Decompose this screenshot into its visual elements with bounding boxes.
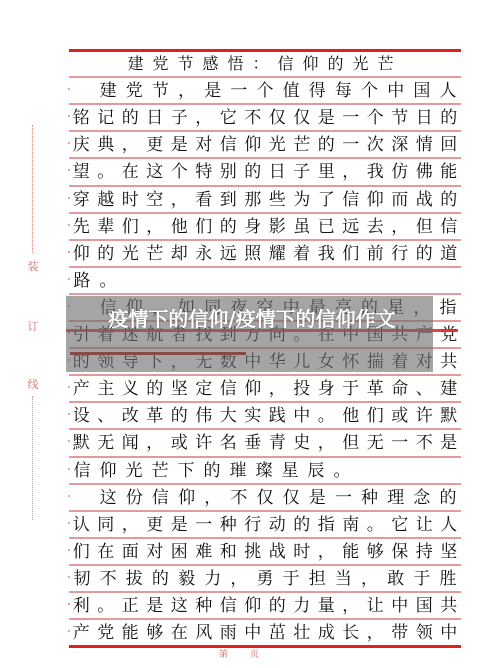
rule <box>69 185 461 187</box>
text-line: 们在面对困难和挑战时，能够保持坚 <box>69 540 461 564</box>
text-line: 庆典，更是对信仰光芒的一次深情回 <box>69 133 461 157</box>
text-line: 仰的光芒却永远照耀着我们前行的道 <box>69 242 461 266</box>
rule <box>69 239 461 241</box>
rule <box>69 293 461 295</box>
rule <box>69 212 461 214</box>
text-line: 望。在这个特别的日子里，我仿佛能 <box>69 160 461 184</box>
text-line: 先辈们，他们的身影虽已远去，但信 <box>69 215 461 239</box>
binding-dotted-line <box>32 396 33 520</box>
text-line: 利。正是这种信仰的力量，让中国共 <box>69 594 461 618</box>
overlay-title: 疫情下的信仰/疫情下的信仰作文 <box>72 304 432 334</box>
text-line: 信仰光芒下的璀璨星辰。 <box>69 459 461 483</box>
binding-margin: 装 订 线 <box>0 0 66 668</box>
rule <box>69 456 461 458</box>
rule <box>69 618 461 620</box>
text-line: 认同，更是一种行动的指南。它让人 <box>69 513 461 537</box>
rule <box>69 401 461 403</box>
rule <box>69 374 461 376</box>
binding-char-xian: 线 <box>26 376 40 392</box>
rule <box>69 483 461 485</box>
text-line: 路。 <box>69 269 461 293</box>
text-line: 设、改革的伟大实践中。他们或许默 <box>69 404 461 428</box>
rule <box>69 266 461 268</box>
rule <box>69 76 461 78</box>
text-line: 这份信仰，不仅仅是一种理念的 <box>69 486 461 510</box>
text-line: 铭记的日子，它不仅仅是一个节日的 <box>69 106 461 130</box>
text-line: 产主义的坚定信仰，投身于革命、建 <box>69 377 461 401</box>
rule <box>69 537 461 539</box>
text-line: 默无闻，或许名垂青史，但无一不是 <box>69 431 461 455</box>
page-footer: 第页 <box>0 647 500 660</box>
rule <box>69 157 461 159</box>
rule <box>69 564 461 566</box>
rule <box>69 428 461 430</box>
text-line: 穿越时空，看到那些为了信仰而战的 <box>69 188 461 212</box>
text-line: 产党能够在风雨中茁壮成长，带领中 <box>69 621 461 645</box>
text-line: 建党节，是一个值得每个中国人 <box>69 79 461 103</box>
rule <box>69 130 461 132</box>
document-title: 建党节感悟：信仰的光芒 <box>69 52 461 76</box>
binding-char-zhuang: 装 <box>26 258 40 274</box>
binding-dotted-line <box>32 125 33 253</box>
binding-char-ding: 订 <box>26 318 40 334</box>
rule <box>69 591 461 593</box>
rule <box>69 103 461 105</box>
document-page: 装 订 线 建党节感悟：信仰的光芒 建党节，是一个值得每个中国人铭记的日子，它不… <box>0 0 500 668</box>
rule <box>69 510 461 512</box>
text-line: 韧不拔的毅力，勇于担当，敢于胜 <box>69 567 461 591</box>
